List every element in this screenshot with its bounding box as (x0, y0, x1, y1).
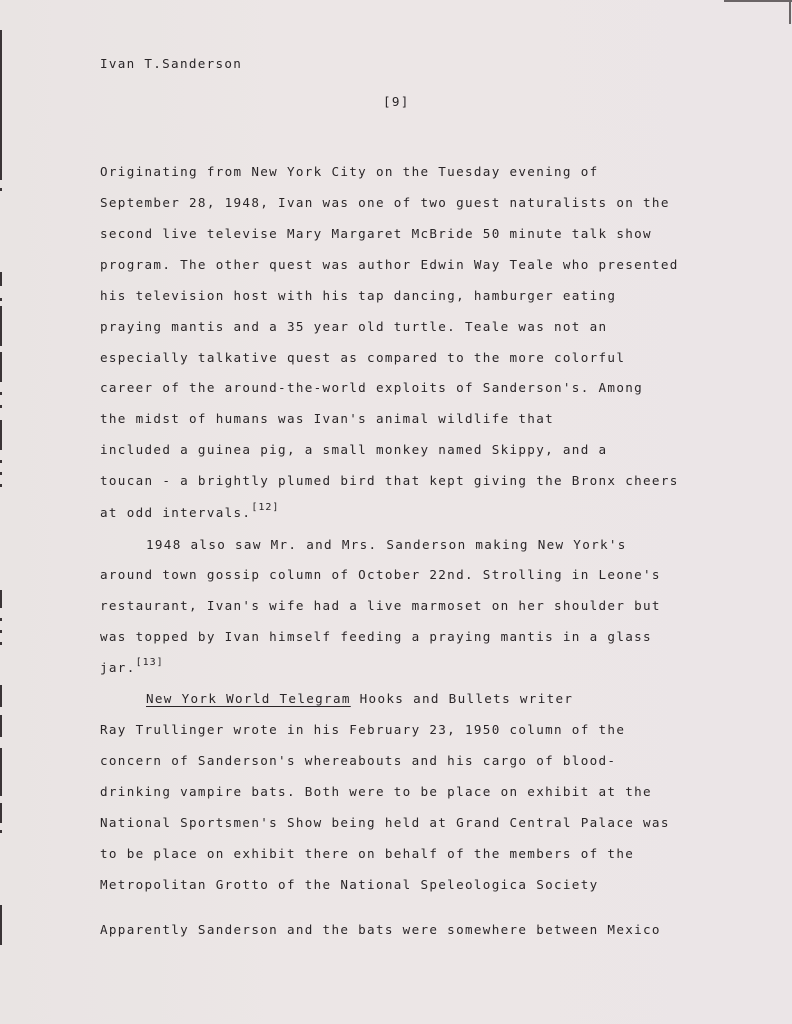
text-line-rest: Hooks and Bullets writer (351, 691, 574, 706)
running-head: Ivan T.Sanderson (100, 56, 242, 71)
text-line: National Sportsmen's Show being held at … (100, 815, 670, 831)
footnote-reference-13: [13] (136, 657, 164, 668)
text-line: drinking vampire bats. Both were to be p… (100, 784, 652, 800)
page-corner-mark-vertical (789, 0, 791, 24)
text-line: Ray Trullinger wrote in his February 23,… (100, 722, 625, 738)
page-number: [9] (383, 94, 410, 109)
text-line: praying mantis and a 35 year old turtle.… (100, 319, 607, 335)
text-line: program. The other quest was author Edwi… (100, 257, 679, 273)
text-line: was topped by Ivan himself feeding a pra… (100, 629, 652, 645)
text-line: the midst of humans was Ivan's animal wi… (100, 411, 554, 427)
binding-edge (0, 0, 4, 1024)
text-line: his television host with his tap dancing… (100, 288, 616, 304)
footnote-reference-12: [12] (251, 502, 279, 513)
text-line: Originating from New York City on the Tu… (100, 164, 599, 180)
text-line: Apparently Sanderson and the bats were s… (100, 922, 661, 938)
text-line: career of the around-the-world exploits … (100, 380, 643, 396)
text-line: at odd intervals. (100, 505, 251, 520)
text-line: toucan - a brightly plumed bird that kep… (100, 473, 679, 489)
text-line: second live televise Mary Margaret McBri… (100, 226, 652, 242)
text-line: to be place on exhibit there on behalf o… (100, 846, 634, 862)
text-line: September 28, 1948, Ivan was one of two … (100, 195, 670, 211)
publication-title: New York World Telegram (146, 691, 351, 706)
text-line: included a guinea pig, a small monkey na… (100, 442, 607, 458)
text-line: New York World Telegram Hooks and Bullet… (146, 691, 573, 707)
document-page: Ivan T.Sanderson [9] Originating from Ne… (0, 0, 792, 1024)
text-line: Metropolitan Grotto of the National Spel… (100, 877, 599, 893)
text-line: especially talkative quest as compared t… (100, 350, 625, 366)
text-line: concern of Sanderson's whereabouts and h… (100, 753, 616, 769)
text-line-with-footnote: jar.[13] (100, 660, 164, 678)
text-line: jar. (100, 660, 136, 675)
text-line: around town gossip column of October 22n… (100, 567, 661, 583)
text-line: 1948 also saw Mr. and Mrs. Sanderson mak… (146, 537, 627, 553)
text-line-with-footnote: at odd intervals.[12] (100, 505, 279, 523)
page-corner-mark (724, 0, 792, 2)
text-line: restaurant, Ivan's wife had a live marmo… (100, 598, 661, 614)
